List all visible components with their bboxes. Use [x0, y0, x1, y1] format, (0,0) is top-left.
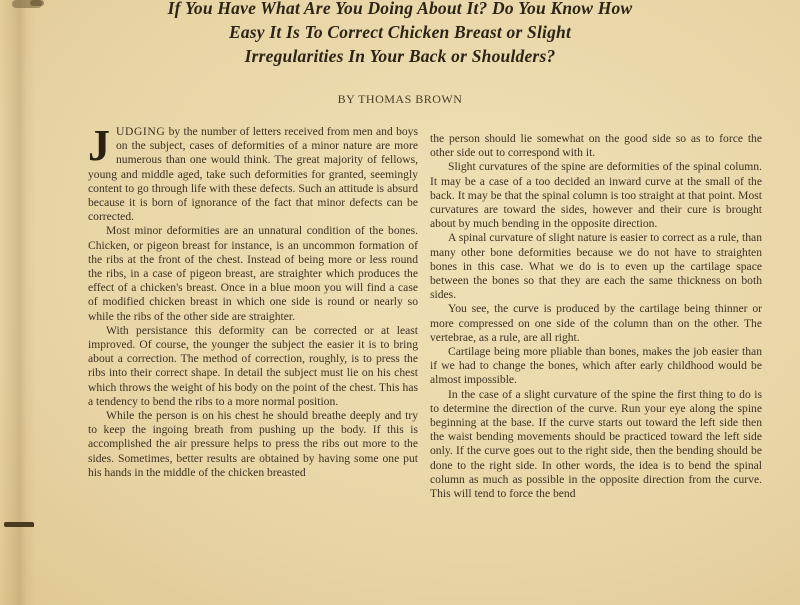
article-column-right: the person should lie somewhat on the go… [430, 132, 762, 501]
paragraph: While the person is on his chest he shou… [88, 409, 418, 480]
paragraph-text: by the number of letters received from m… [88, 125, 418, 223]
headline-line: Irregularities In Your Back or Shoulders… [60, 44, 740, 68]
paragraph: A spinal curvature of slight nature is e… [430, 231, 762, 302]
magazine-page: If You Have What Are You Doing About It?… [0, 0, 800, 605]
paragraph: Cartilage being more pliable than bones,… [430, 345, 762, 388]
lead-caps: UDGING [116, 125, 165, 138]
paragraph: JUDGING by the number of letters receive… [88, 125, 418, 224]
binding-mark [30, 0, 44, 6]
paragraph: Slight curvatures of the spine are defor… [430, 160, 762, 231]
headline-line: Easy It Is To Correct Chicken Breast or … [60, 20, 740, 44]
staple-mark [26, 523, 34, 527]
paragraph: You see, the curve is produced by the ca… [430, 302, 762, 345]
paragraph: In the case of a slight curvature of the… [430, 388, 762, 502]
paragraph: With persistance this deformity can be c… [88, 324, 418, 409]
paragraph: Most minor deformities are an unnatural … [88, 224, 418, 323]
headline-line: If You Have What Are You Doing About It?… [60, 0, 740, 20]
drop-cap: J [88, 127, 110, 165]
article-column-left: JUDGING by the number of letters receive… [88, 125, 418, 480]
paragraph: the person should lie somewhat on the go… [430, 132, 762, 160]
byline: BY THOMAS BROWN [0, 92, 800, 107]
article-headline: If You Have What Are You Doing About It?… [60, 0, 740, 68]
